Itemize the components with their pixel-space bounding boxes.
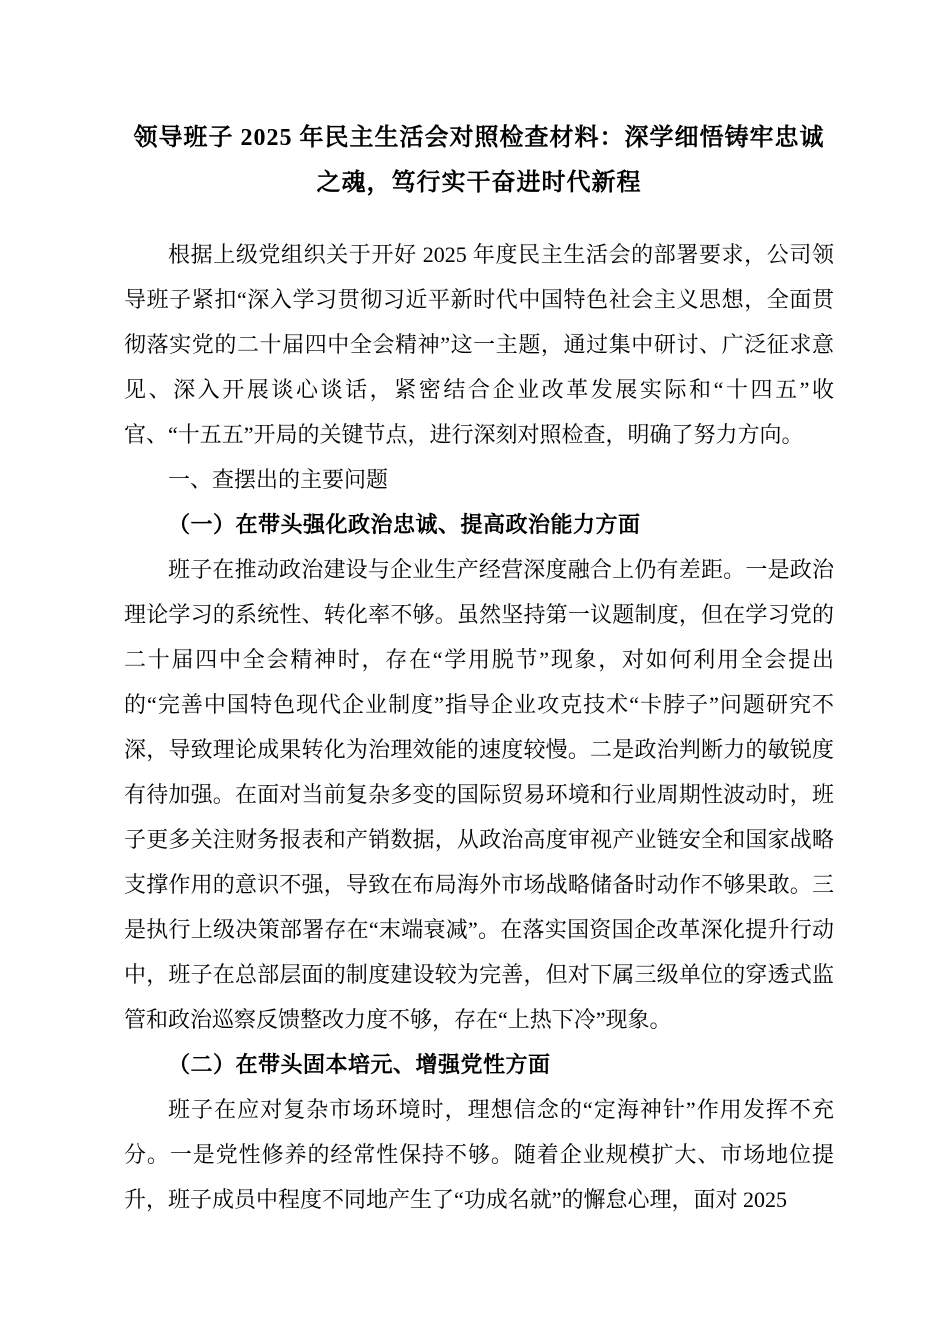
section-1-heading: 一、查摆出的主要问题: [124, 457, 834, 502]
document-page: 领导班子 2025 年民主生活会对照检查材料：深学细悟铸牢忠诚之魂，笃行实干奋进…: [0, 0, 950, 1344]
subsection-2-paragraph: 班子在应对复杂市场环境时，理想信念的“定海神针”作用发挥不充分。一是党性修养的经…: [124, 1087, 834, 1222]
subsection-2-heading: （二）在带头固本培元、增强党性方面: [124, 1042, 834, 1087]
subsection-1-paragraph: 班子在推动政治建设与企业生产经营深度融合上仍有差距。一是政治理论学习的系统性、转…: [124, 547, 834, 1042]
intro-paragraph: 根据上级党组织关于开好 2025 年度民主生活会的部署要求，公司领导班子紧扣“深…: [124, 232, 834, 457]
subsection-1-heading: （一）在带头强化政治忠诚、提高政治能力方面: [124, 502, 834, 547]
document-title: 领导班子 2025 年民主生活会对照检查材料：深学细悟铸牢忠诚之魂，笃行实干奋进…: [124, 116, 834, 206]
